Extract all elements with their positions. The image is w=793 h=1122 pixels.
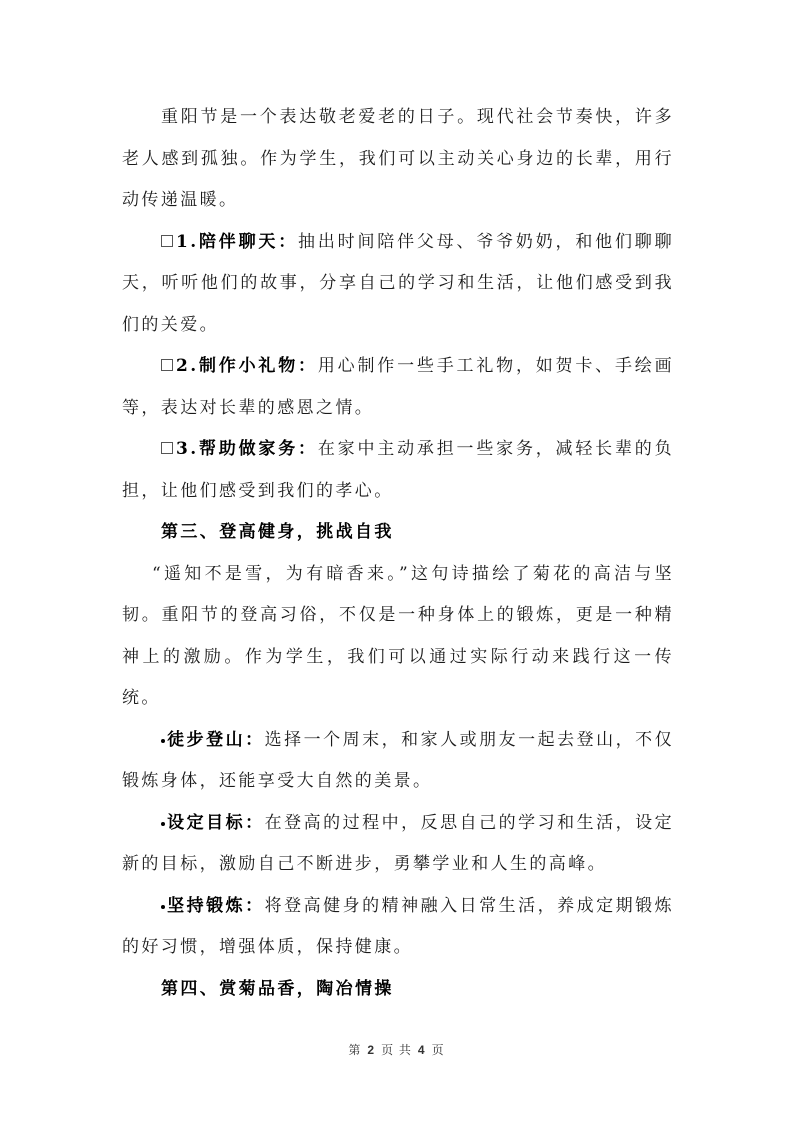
bullet-icon: [161, 822, 165, 826]
footer-suffix: 页: [432, 1043, 445, 1057]
checkbox-icon: [161, 235, 173, 247]
bullet-item: 设定目标：在登高的过程中，反思自己的学习和生活，设定新的目标，激励自己不断进步，…: [122, 803, 674, 886]
page-footer: 第2页 共4页: [0, 1041, 793, 1058]
checklist-title: 陪伴聊天：: [199, 232, 298, 252]
checklist-item: 1.陪伴聊天：抽出时间陪伴父母、爷爷奶奶，和他们聊聊天，听听他们的故事，分享自己…: [122, 222, 674, 347]
checklist-title: 帮助做家务：: [199, 439, 318, 459]
footer-prefix: 第: [348, 1043, 361, 1057]
current-page-number: 2: [367, 1043, 375, 1057]
section-heading: 第三、登高健身，挑战自我: [122, 512, 674, 554]
checklist-number: 2.: [176, 356, 199, 376]
bullet-icon: [161, 739, 165, 743]
section-heading: 第四、赏菊品香，陶冶情操: [122, 969, 674, 1011]
bullet-title: 坚持锻炼：: [167, 896, 265, 916]
bullet-title: 设定目标：: [167, 813, 265, 833]
footer-middle: 页 共: [381, 1043, 412, 1057]
checklist-item: 2.制作小礼物：用心制作一些手工礼物，如贺卡、手绘画等，表达对长辈的感恩之情。: [122, 346, 674, 429]
checklist-title: 制作小礼物：: [199, 356, 318, 376]
total-page-count: 4: [418, 1043, 426, 1057]
checkbox-icon: [161, 359, 173, 371]
checklist-item: 3.帮助做家务：在家中主动承担一些家务，减轻长辈的负担，让他们感受到我们的孝心。: [122, 429, 674, 512]
bullet-item: 坚持锻炼：将登高健身的精神融入日常生活，养成定期锻炼的好习惯，增强体质，保持健康…: [122, 886, 674, 969]
section-paragraph: “遥知不是雪，为有暗香来。”这句诗描绘了菊花的高洁与坚韧。重阳节的登高习俗，不仅…: [122, 554, 674, 720]
checklist-number: 1.: [176, 232, 199, 252]
checklist-number: 3.: [176, 439, 199, 459]
checkbox-icon: [161, 442, 173, 454]
bullet-item: 徒步登山：选择一个周末，和家人或朋友一起去登山，不仅锻炼身体，还能享受大自然的美…: [122, 720, 674, 803]
document-page: 重阳节是一个表达敬老爱老的日子。现代社会节奏快，许多老人感到孤独。作为学生，我们…: [122, 97, 674, 1010]
bullet-title: 徒步登山：: [167, 730, 265, 750]
bullet-icon: [161, 905, 165, 909]
intro-paragraph: 重阳节是一个表达敬老爱老的日子。现代社会节奏快，许多老人感到孤独。作为学生，我们…: [122, 97, 674, 222]
